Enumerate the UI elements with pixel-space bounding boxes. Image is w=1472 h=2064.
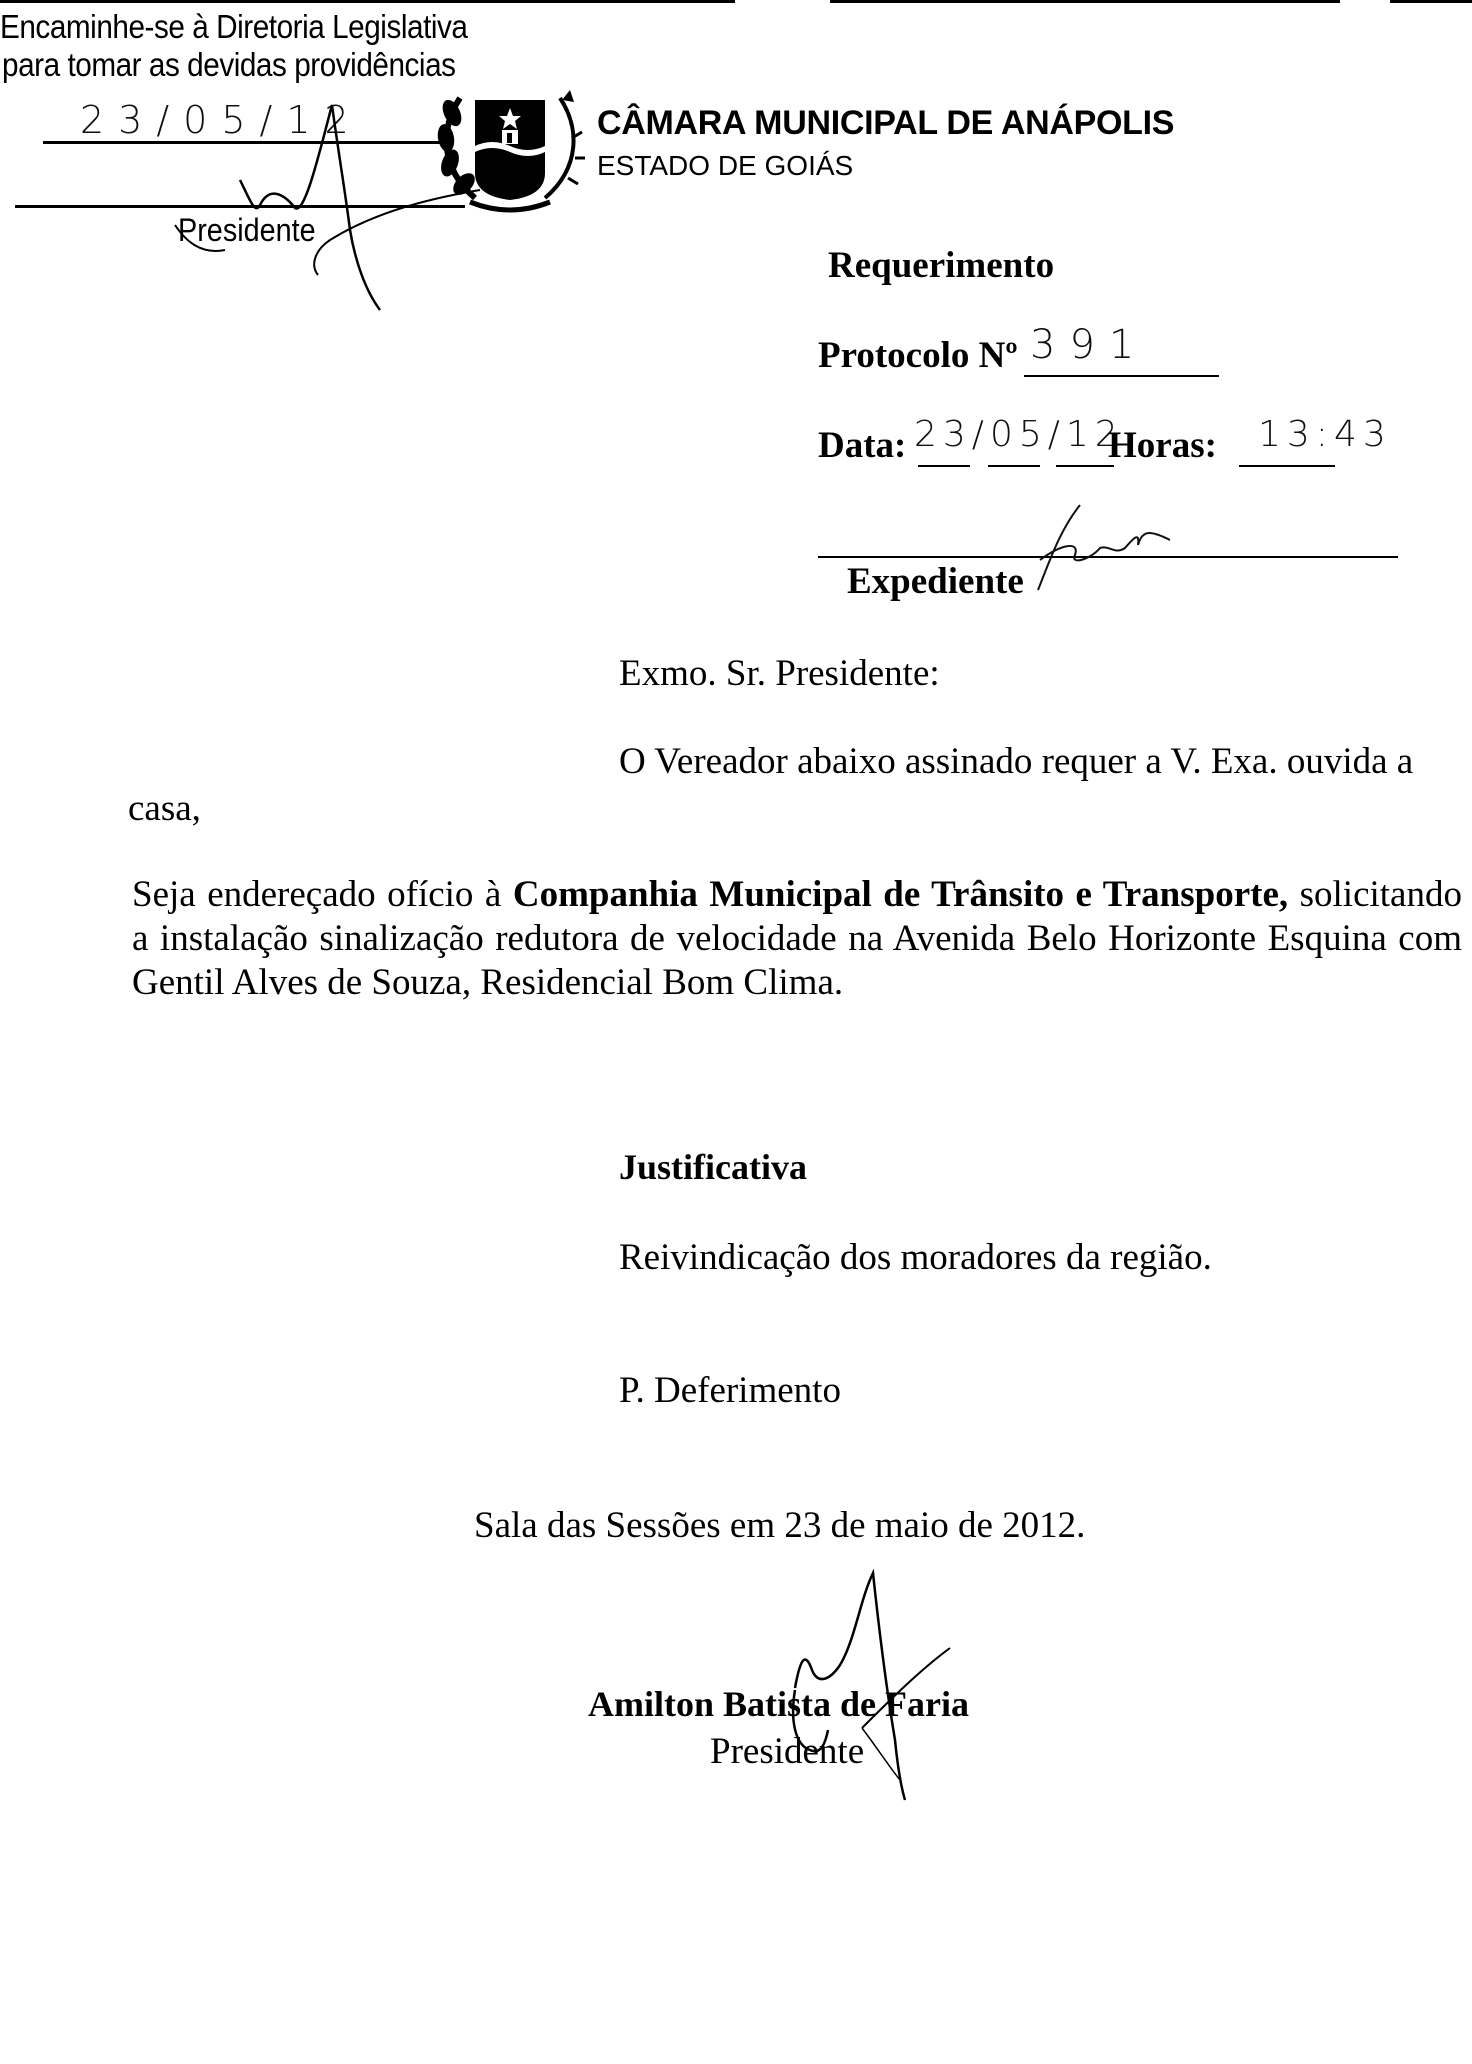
- stamp-date-line: [43, 141, 443, 144]
- expediente-signature-line: [818, 556, 1398, 558]
- stamp-signature-line: [15, 205, 465, 208]
- expediente-label: Expediente: [847, 560, 1024, 603]
- date-value: 23/05/12: [914, 414, 1124, 455]
- justification-text: Reivindicação dos moradores da região.: [619, 1236, 1212, 1279]
- stamp-signer-label: Presidente: [178, 212, 316, 249]
- edge-line: [1390, 0, 1472, 3]
- edge-line: [830, 0, 1340, 3]
- hours-value: 13:43: [1258, 414, 1392, 455]
- intro-text: O Vereador abaixo assinado requer a V. E…: [619, 740, 1413, 783]
- edge-line: [0, 0, 735, 3]
- hours-line: [1239, 465, 1335, 467]
- signer-role: Presidente: [710, 1730, 864, 1773]
- stamp-handwritten-date: 23/05/12: [80, 98, 363, 142]
- protocol-number-line: [1024, 375, 1219, 377]
- protocol-label: Protocolo Nº: [818, 334, 1018, 377]
- signer-name: Amilton Batista de Faria: [588, 1683, 969, 1725]
- justification-title: Justificativa: [619, 1146, 807, 1188]
- date-day-line: [918, 465, 970, 467]
- closing-text: P. Deferimento: [619, 1369, 841, 1412]
- request-prefix: Seja endereçado ofício à: [132, 874, 513, 915]
- intro-continuation: casa,: [128, 787, 201, 830]
- organization-name: CÂMARA MUNICIPAL DE ANÁPOLIS: [597, 104, 1174, 143]
- stamp-text-line1: Encaminhe-se à Diretoria Legislativa: [0, 8, 467, 46]
- request-recipient: Companhia Municipal de Trânsito e Transp…: [513, 874, 1288, 915]
- request-paragraph: Seja endereçado ofício à Companhia Munic…: [132, 873, 1462, 1005]
- date-month-line: [988, 465, 1040, 467]
- stamp-text-line2: para tomar as devidas providências: [2, 46, 456, 84]
- coat-of-arms-icon: [430, 78, 590, 218]
- place-and-date: Sala das Sessões em 23 de maio de 2012.: [474, 1504, 1085, 1547]
- date-year-line: [1056, 465, 1114, 467]
- hours-label: Horas:: [1108, 424, 1217, 467]
- document-type-title: Requerimento: [828, 244, 1054, 287]
- organization-state: ESTADO DE GOIÁS: [597, 150, 853, 182]
- date-label: Data:: [818, 424, 906, 467]
- salutation: Exmo. Sr. Presidente:: [619, 652, 940, 695]
- protocol-number: 391: [1030, 322, 1148, 368]
